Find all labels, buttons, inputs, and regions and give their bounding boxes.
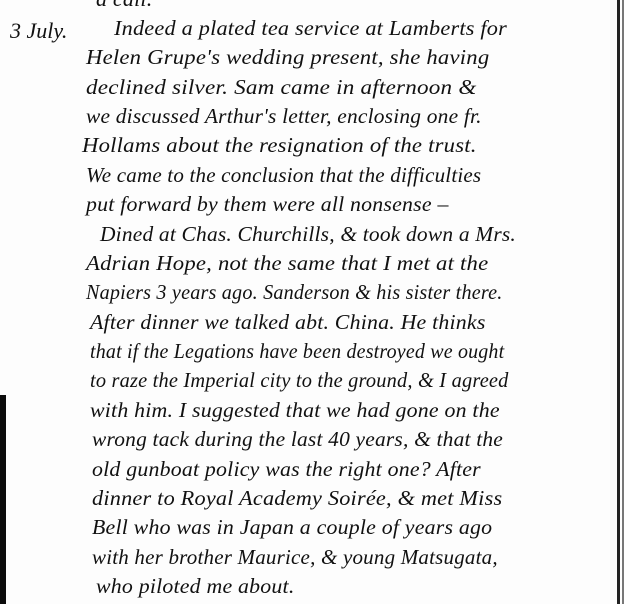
text-line-13: to raze the Imperial city to the ground,… bbox=[90, 368, 509, 393]
text-line-10: Napiers 3 years ago. Sanderson & his sis… bbox=[86, 280, 503, 305]
text-line-1: Indeed a plated tea service at Lamberts … bbox=[114, 16, 507, 41]
entry-date: 3 July. bbox=[10, 18, 67, 44]
text-line-18: Bell who was in Japan a couple of years … bbox=[92, 515, 492, 540]
text-line-17: dinner to Royal Academy Soirée, & met Mi… bbox=[92, 486, 502, 511]
text-line-19: with her brother Maurice, & young Matsug… bbox=[92, 545, 498, 570]
manuscript-page: a call. 3 July. Indeed a plated tea serv… bbox=[0, 0, 624, 604]
text-line-9: Adrian Hope, not the same that I met at … bbox=[86, 251, 488, 276]
partial-top-line: a call. bbox=[96, 0, 152, 12]
text-line-15: wrong tack during the last 40 years, & t… bbox=[92, 427, 503, 452]
text-line-6: We came to the conclusion that the diffi… bbox=[86, 163, 481, 188]
text-line-3: declined silver. Sam came in afternoon & bbox=[86, 75, 477, 100]
text-line-8: Dined at Chas. Churchills, & took down a… bbox=[100, 222, 516, 247]
text-line-11: After dinner we talked abt. China. He th… bbox=[90, 310, 486, 335]
text-line-5: Hollams about the resignation of the tru… bbox=[82, 133, 477, 158]
scan-edge-right bbox=[617, 0, 620, 604]
scan-edge-left bbox=[0, 395, 6, 604]
text-line-16: old gunboat policy was the right one? Af… bbox=[92, 457, 481, 482]
text-line-7: put forward by them were all nonsense – bbox=[86, 192, 449, 217]
text-line-14: with him. I suggested that we had gone o… bbox=[90, 398, 500, 423]
text-line-4: we discussed Arthur's letter, enclosing … bbox=[86, 104, 482, 129]
text-line-20: who piloted me about. bbox=[96, 574, 294, 599]
text-line-12: that if the Legations have been destroye… bbox=[90, 339, 504, 364]
text-line-2: Helen Grupe's wedding present, she havin… bbox=[86, 45, 489, 70]
